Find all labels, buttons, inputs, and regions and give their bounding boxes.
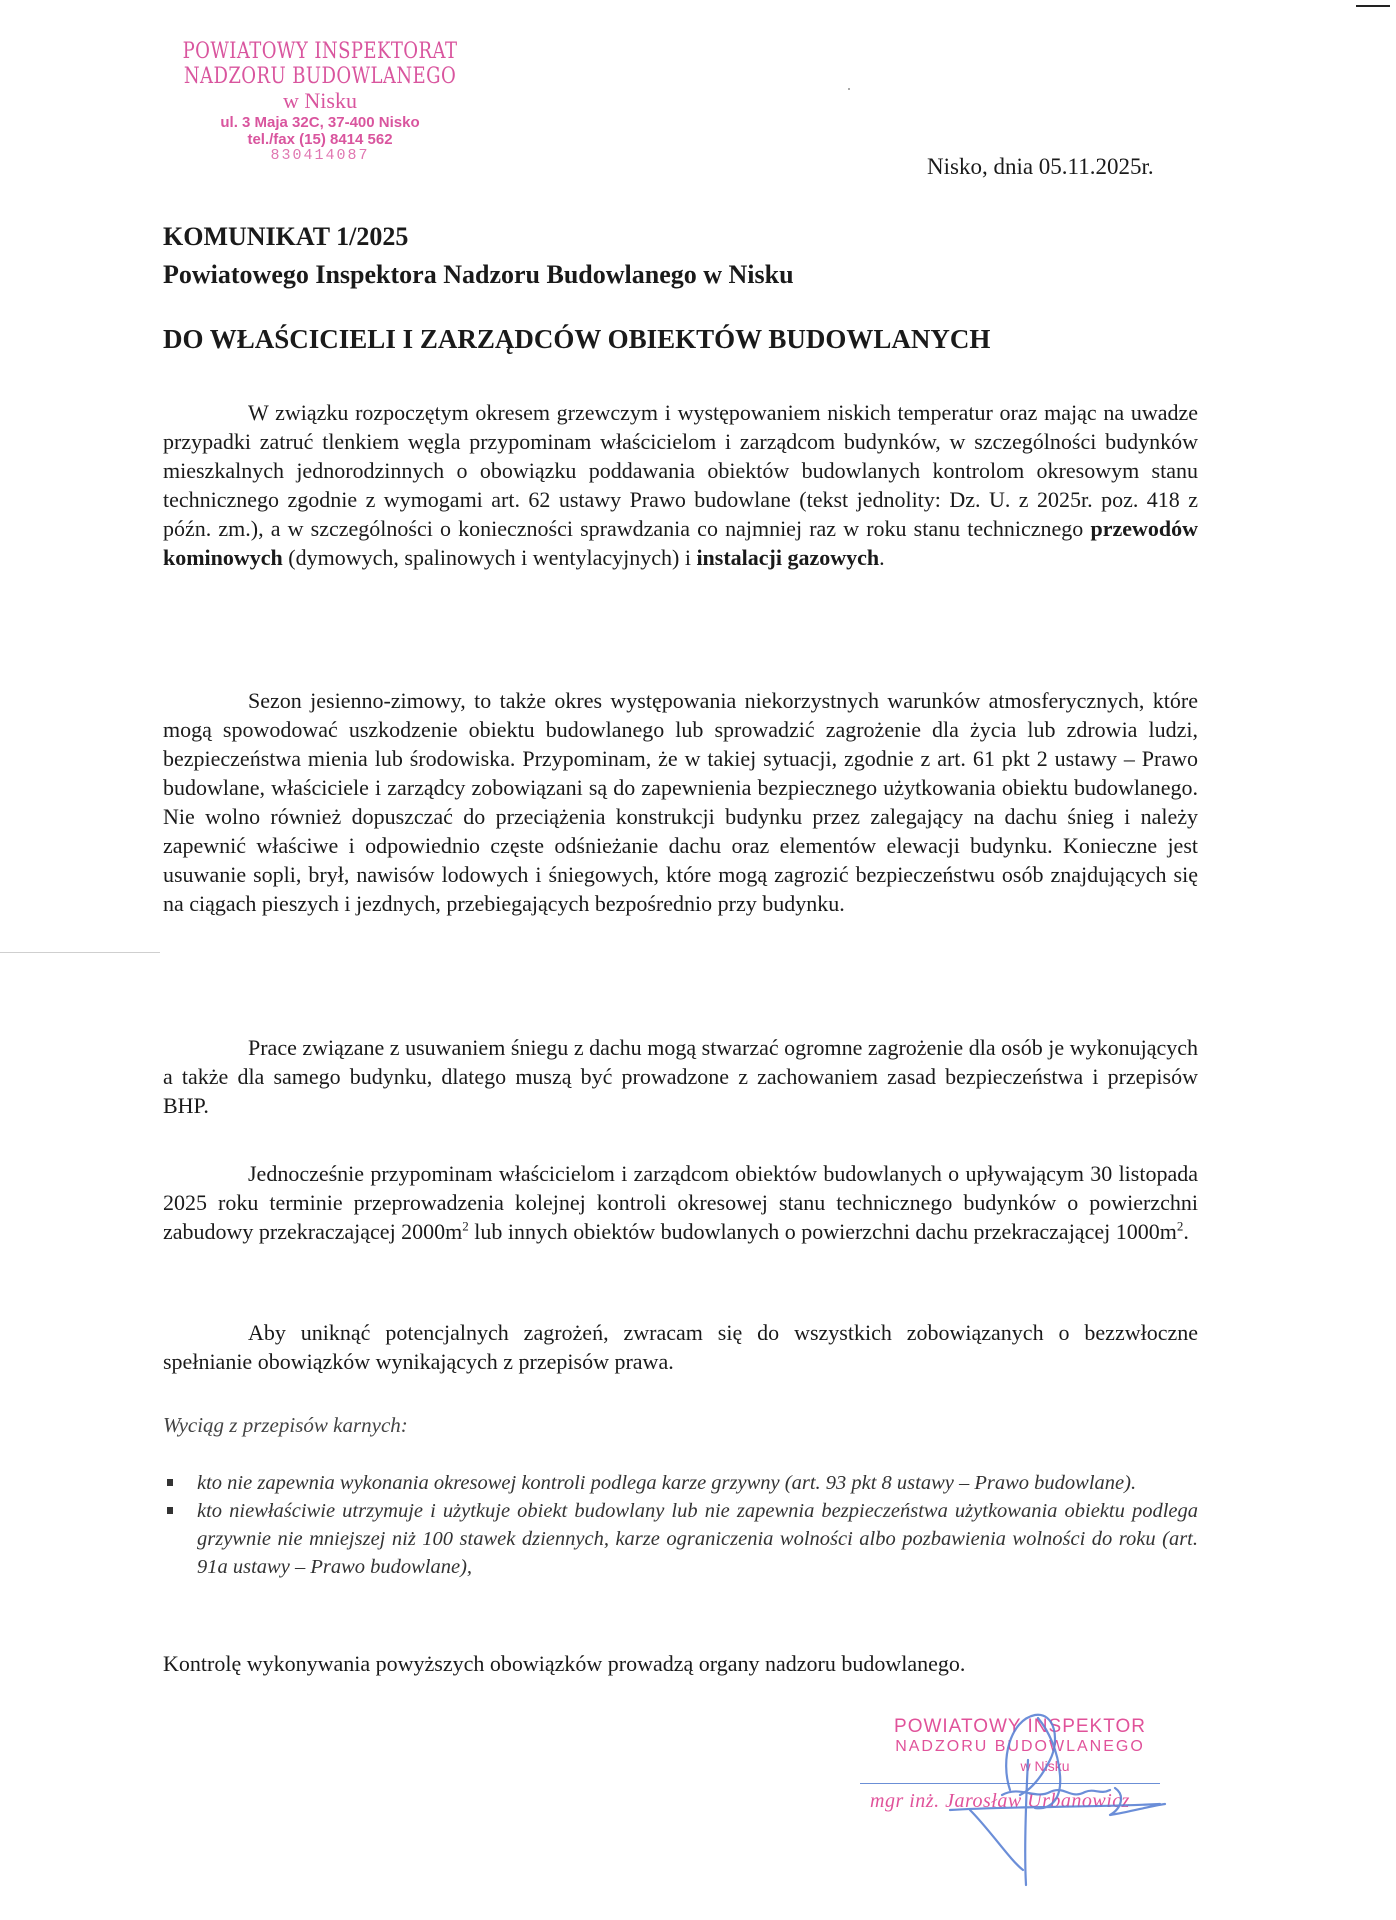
list-item-text: kto niewłaściwie utrzymuje i użytkuje ob… xyxy=(197,1500,1198,1578)
stamp-line-2: NADZORU BUDOWLANEGO xyxy=(172,65,467,90)
title-block: KOMUNIKAT 1/2025 Powiatowego Inspektora … xyxy=(163,218,794,294)
paragraph-4: Jednocześnie przypominam właścicielom i … xyxy=(163,1159,1198,1246)
penal-excerpt-list: kto nie zapewnia wykonania okresowej kon… xyxy=(163,1469,1198,1581)
stamp-line-3: w Nisku xyxy=(140,89,500,114)
list-item: kto nie zapewnia wykonania okresowej kon… xyxy=(163,1469,1198,1497)
square-bullet-icon xyxy=(167,1479,173,1486)
document-title: KOMUNIKAT 1/2025 xyxy=(163,218,794,256)
date-line: Nisko, dnia 05.11.2025r. xyxy=(927,154,1154,180)
stamp-registry: 830414087 xyxy=(140,148,500,165)
scan-corner-mark xyxy=(1356,5,1390,7)
scan-artifact-line xyxy=(0,952,160,953)
signature-stamp-line-2: NADZORU BUDOWLANEGO xyxy=(860,1737,1180,1757)
signature-stamp: POWIATOWY INSPEKTOR NADZORU BUDOWLANEGO … xyxy=(860,1716,1180,1813)
list-item-text: kto nie zapewnia wykonania okresowej kon… xyxy=(197,1472,1136,1494)
paragraph-4-text-c: . xyxy=(1183,1219,1189,1244)
penal-excerpt-title: Wyciąg z przepisów karnych: xyxy=(163,1413,408,1438)
stamp-address: ul. 3 Maja 32C, 37-400 Nisko xyxy=(140,114,500,131)
paragraph-1-text-c: . xyxy=(879,545,885,570)
closing-sentence: Kontrolę wykonywania powyższych obowiązk… xyxy=(163,1651,965,1677)
stamp-phone: tel./fax (15) 8414 562 xyxy=(140,131,500,148)
stamp-line-1: POWIATOWY INSPEKTORAT xyxy=(172,40,467,65)
header-stamp: POWIATOWY INSPEKTORAT NADZORU BUDOWLANEG… xyxy=(140,40,500,165)
document-subtitle: Powiatowego Inspektora Nadzoru Budowlane… xyxy=(163,256,794,294)
signature-line xyxy=(860,1783,1160,1784)
signature-stamp-line-3: w Nisku xyxy=(860,1757,1180,1775)
paragraph-1: W związku rozpoczętym okresem grzewczym … xyxy=(163,398,1198,572)
paragraph-5: Aby uniknąć potencjalnych zagrożeń, zwra… xyxy=(163,1318,1198,1376)
signatory-name: mgr inż. Jarosław Urbanowicz xyxy=(860,1790,1180,1813)
paragraph-2: Sezon jesienno-zimowy, to także okres wy… xyxy=(163,686,1198,918)
paragraph-1-text-b: (dymowych, spalinowych i wentylacyjnych)… xyxy=(283,545,697,570)
scan-artifact xyxy=(848,88,850,90)
paragraph-4-text-b: lub innych obiektów budowlanych o powier… xyxy=(469,1219,1177,1244)
paragraph-1-bold-gas: instalacji gazowych xyxy=(696,545,879,570)
signature-stamp-line-1: POWIATOWY INSPEKTOR xyxy=(860,1716,1180,1737)
paragraph-1-text-a: W związku rozpoczętym okresem grzewczym … xyxy=(163,400,1198,541)
addressee-heading: DO WŁAŚCICIELI I ZARZĄDCÓW OBIEKTÓW BUDO… xyxy=(163,324,990,355)
paragraph-3: Prace związane z usuwaniem śniegu z dach… xyxy=(163,1033,1198,1120)
list-item: kto niewłaściwie utrzymuje i użytkuje ob… xyxy=(163,1497,1198,1581)
square-bullet-icon xyxy=(167,1507,173,1514)
